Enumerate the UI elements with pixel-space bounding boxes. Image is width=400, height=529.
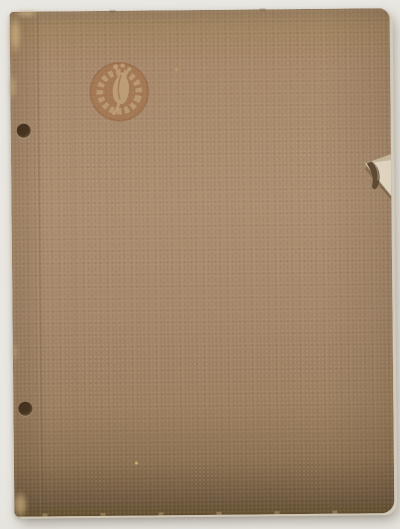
edge-wear-left-upper [8, 74, 17, 100]
edge-tear [353, 150, 391, 202]
book-cover [10, 8, 395, 517]
edge-wear-top [14, 10, 40, 18]
punch-hole-bottom [18, 402, 32, 416]
photo-backdrop [0, 0, 400, 529]
cover-hinge-crease [36, 12, 44, 517]
corner-wear-top-left [9, 14, 22, 56]
top-edge-fray [50, 8, 316, 14]
bottom-edge-fray [20, 510, 370, 517]
punch-hole-top [17, 124, 31, 138]
cover-secondary-crease [70, 11, 78, 516]
paper-speck [135, 462, 138, 465]
publisher-emblem-stamp-icon [87, 59, 152, 124]
pebble-grain-texture [10, 8, 395, 517]
edge-wear-left-lower [11, 342, 19, 362]
corner-wear-bottom-left [12, 490, 28, 520]
paper-speck [175, 68, 178, 71]
